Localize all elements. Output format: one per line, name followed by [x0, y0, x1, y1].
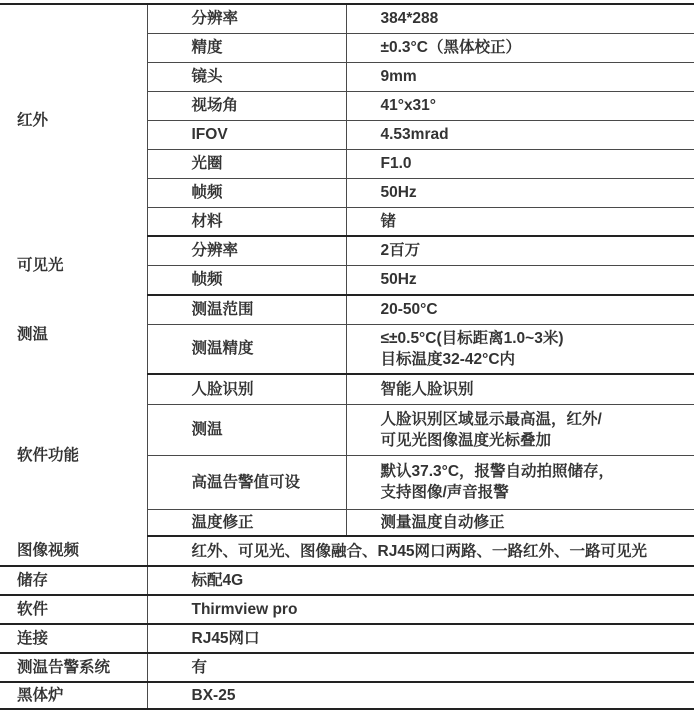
value-cell: 9mm [346, 62, 694, 91]
value-cell: 20-50°C [346, 295, 694, 324]
table-row: 储存 标配4G [0, 566, 694, 595]
table-row: 连接 RJ45网口 [0, 624, 694, 653]
value-cell: BX-25 [147, 682, 694, 709]
table-row: 测温告警系统 有 [0, 653, 694, 682]
category-cell: 连接 [0, 624, 147, 653]
param-cell: 帧频 [147, 178, 346, 207]
value-cell: 红外、可见光、图像融合、RJ45网口两路、一路红外、一路可见光 [147, 536, 694, 566]
value-cell: ≤±0.5°C(目标距离1.0~3米) 目标温度32-42°C内 [346, 324, 694, 374]
param-cell: IFOV [147, 120, 346, 149]
value-cell: ±0.3°C（黑体校正） [346, 33, 694, 62]
category-cell: 软件功能 [0, 374, 147, 536]
param-cell: 材料 [147, 207, 346, 236]
value-cell: 默认37.3°C，报警自动拍照储存， 支持图像/声音报警 [346, 455, 694, 509]
param-cell: 光圈 [147, 149, 346, 178]
param-cell: 测温 [147, 404, 346, 455]
category-cell: 可见光 [0, 236, 147, 295]
table-row: 测温 测温范围 20-50°C [0, 295, 694, 324]
value-cell: 41°x31° [346, 91, 694, 120]
spec-sheet-page: 红外 分辨率 384*288 精度 ±0.3°C（黑体校正） 镜头 9mm 视场… [0, 0, 697, 715]
value-cell: 锗 [346, 207, 694, 236]
value-cell: 人脸识别区域显示最高温，红外/ 可见光图像温度光标叠加 [346, 404, 694, 455]
value-cell: 50Hz [346, 178, 694, 207]
param-cell: 视场角 [147, 91, 346, 120]
param-cell: 高温告警值可设 [147, 455, 346, 509]
table-row: 黑体炉 BX-25 [0, 682, 694, 709]
category-cell: 软件 [0, 595, 147, 624]
spec-table: 红外 分辨率 384*288 精度 ±0.3°C（黑体校正） 镜头 9mm 视场… [0, 3, 694, 710]
table-row: 红外 分辨率 384*288 [0, 4, 694, 33]
value-cell: Thirmview pro [147, 595, 694, 624]
param-cell: 精度 [147, 33, 346, 62]
value-cell: RJ45网口 [147, 624, 694, 653]
value-cell: 4.53mrad [346, 120, 694, 149]
param-cell: 测温范围 [147, 295, 346, 324]
param-cell: 分辨率 [147, 236, 346, 265]
param-cell: 温度修正 [147, 509, 346, 536]
value-cell: 50Hz [346, 265, 694, 295]
category-cell: 红外 [0, 4, 147, 236]
value-cell: 标配4G [147, 566, 694, 595]
category-cell: 测温告警系统 [0, 653, 147, 682]
param-cell: 测温精度 [147, 324, 346, 374]
value-cell: 智能人脸识别 [346, 374, 694, 404]
value-cell: F1.0 [346, 149, 694, 178]
value-cell: 2百万 [346, 236, 694, 265]
category-cell: 储存 [0, 566, 147, 595]
table-row: 图像视频 红外、可见光、图像融合、RJ45网口两路、一路红外、一路可见光 [0, 536, 694, 566]
param-cell: 镜头 [147, 62, 346, 91]
param-cell: 人脸识别 [147, 374, 346, 404]
category-cell: 黑体炉 [0, 682, 147, 709]
param-cell: 分辨率 [147, 4, 346, 33]
category-cell: 测温 [0, 295, 147, 374]
category-cell: 图像视频 [0, 536, 147, 566]
table-row: 软件 Thirmview pro [0, 595, 694, 624]
value-cell: 有 [147, 653, 694, 682]
param-cell: 帧频 [147, 265, 346, 295]
value-cell: 384*288 [346, 4, 694, 33]
table-row: 可见光 分辨率 2百万 [0, 236, 694, 265]
table-row: 软件功能 人脸识别 智能人脸识别 [0, 374, 694, 404]
value-cell: 测量温度自动修正 [346, 509, 694, 536]
